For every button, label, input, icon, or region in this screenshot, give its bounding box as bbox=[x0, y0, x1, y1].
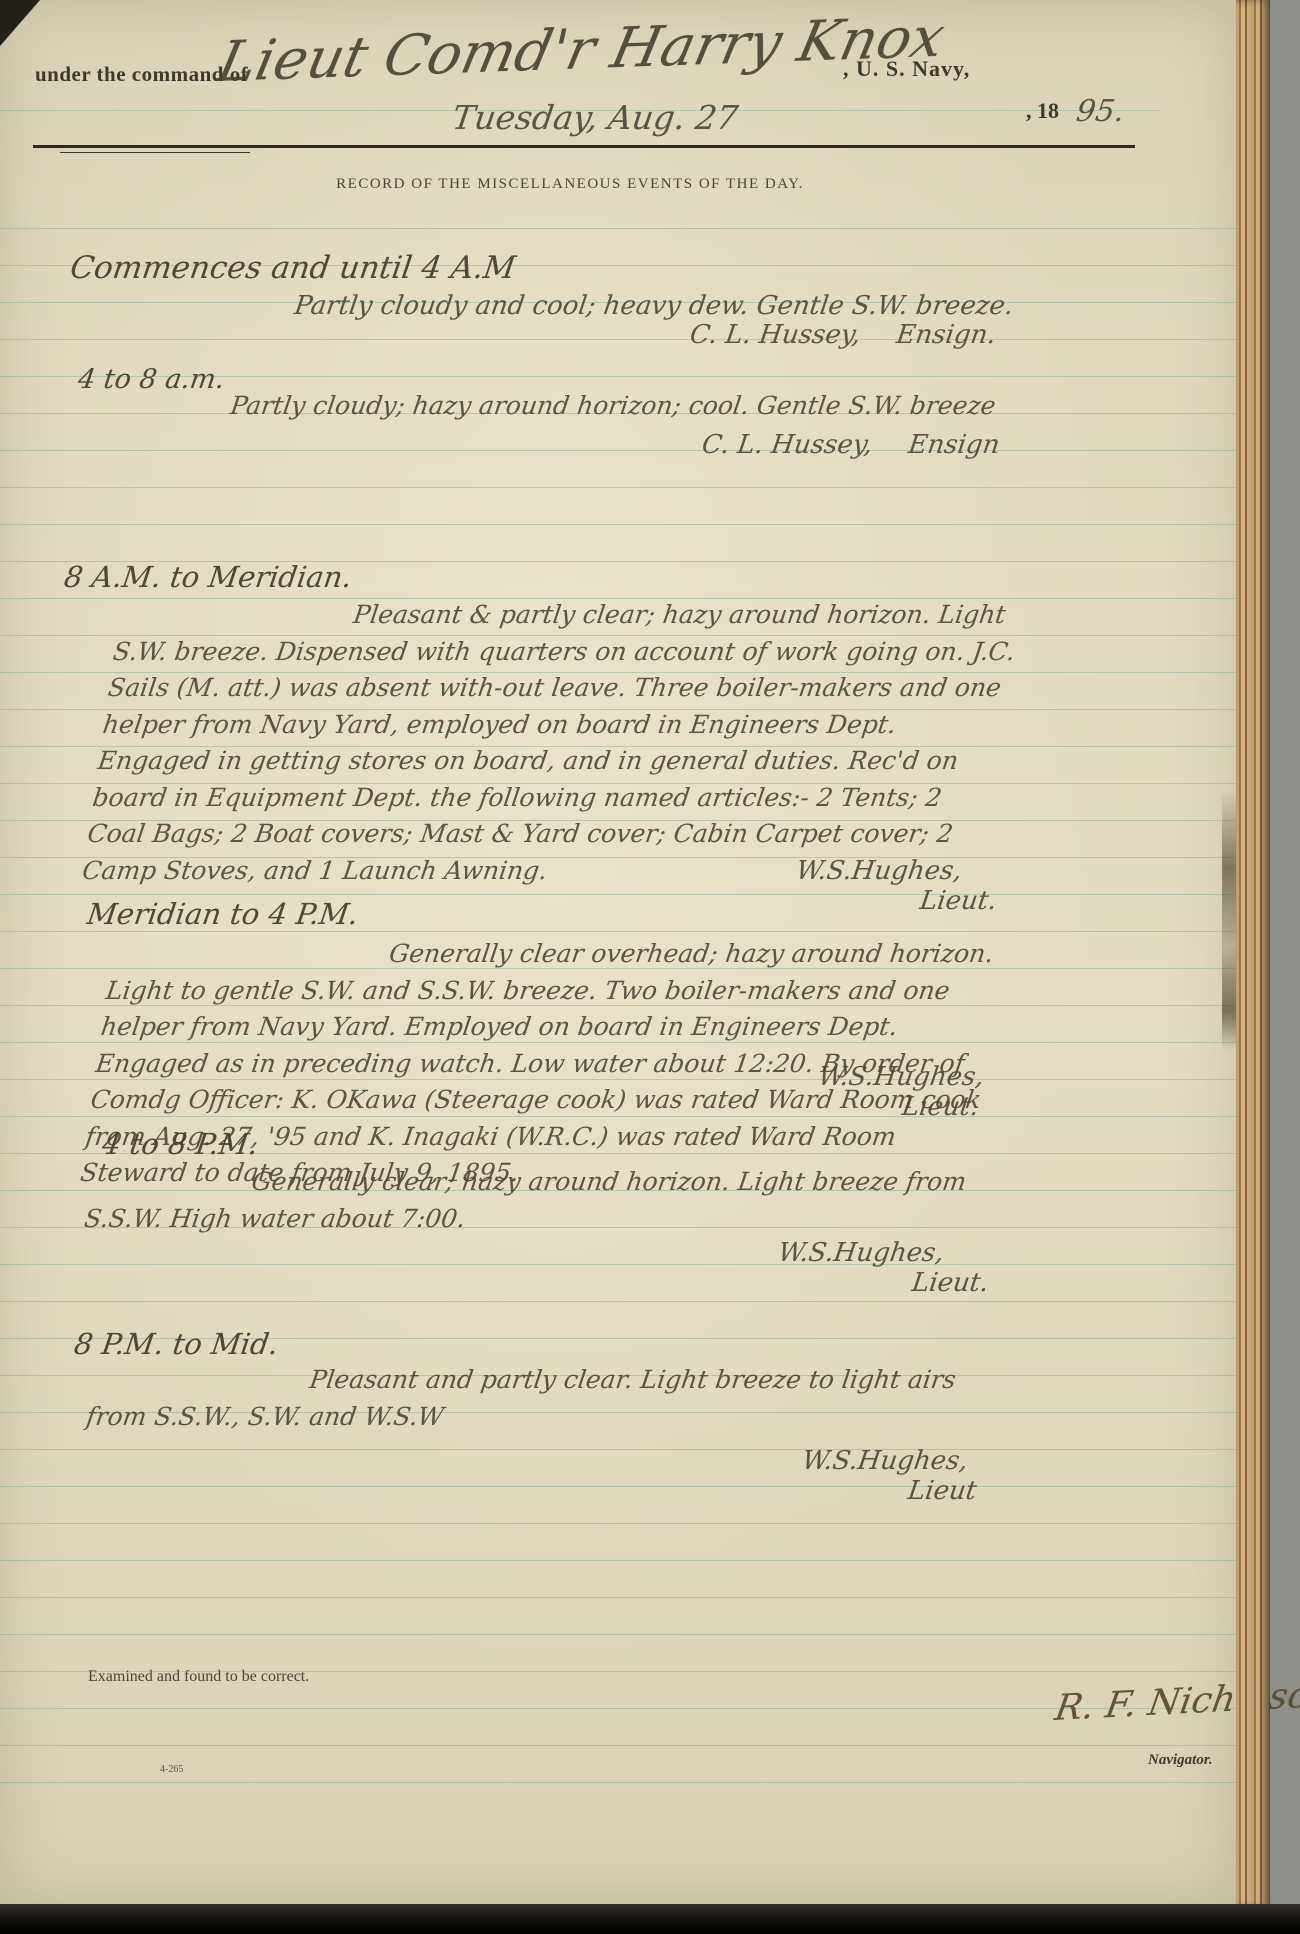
watch-officer-signature: W.S.Hughes, Lieut bbox=[796, 1446, 983, 1506]
scan-bottom-band bbox=[0, 1904, 1300, 1934]
signature-name: W.S.Hughes, bbox=[794, 856, 964, 886]
header-divider-thin bbox=[60, 152, 250, 153]
header-divider bbox=[33, 145, 1135, 148]
form-number: 4-265 bbox=[160, 1764, 183, 1775]
date-handwritten: Tuesday, Aug. 27 bbox=[450, 98, 740, 137]
entry-body: Generally clear; hazy around horizon. Li… bbox=[82, 1164, 992, 1237]
entry-heading: 4 to 8 P.M. bbox=[100, 1127, 260, 1161]
signature-rank: Lieut bbox=[906, 1476, 978, 1506]
signature-rank: Ensign. bbox=[895, 320, 998, 350]
signature-rank: Ensign bbox=[907, 430, 1002, 460]
logbook-page: under the command of Lieut Comd'r Harry … bbox=[0, 0, 1236, 1908]
signature-name: W.S.Hughes, bbox=[800, 1446, 970, 1476]
examined-statement: Examined and found to be correct. bbox=[88, 1668, 309, 1686]
watch-officer-signature: W.S.Hughes, Lieut. bbox=[772, 1238, 995, 1298]
year-prefix-label: , 18 bbox=[1026, 98, 1059, 124]
watch-officer-signature: W.S.Hughes, Lieut. bbox=[790, 856, 1003, 916]
entry-body: Partly cloudy; hazy around horizon; cool… bbox=[228, 388, 998, 425]
entry-heading: Commences and until 4 A.M bbox=[68, 250, 518, 286]
entry-body: Pleasant & partly clear; hazy around hor… bbox=[80, 597, 1033, 889]
entry-heading: 8 A.M. to Meridian. bbox=[62, 560, 354, 594]
signature-rank: Lieut. bbox=[918, 886, 999, 916]
signature-name: W.S.Hughes, bbox=[776, 1238, 946, 1268]
signature-name: C. L. Hussey, bbox=[700, 430, 875, 460]
watch-officer-signature: C. L. Hussey, Ensign bbox=[700, 430, 1002, 460]
corner-shadow bbox=[0, 0, 40, 46]
entry-heading: 4 to 8 a.m. bbox=[76, 364, 226, 395]
commander-name-handwritten: Lieut Comd'r Harry Knox bbox=[212, 5, 950, 95]
entry-heading: 8 P.M. to Mid. bbox=[72, 1327, 281, 1361]
signature-name: C. L. Hussey, bbox=[688, 320, 863, 350]
signature-name: W.S.Hughes, bbox=[816, 1062, 986, 1092]
page-title: RECORD OF THE MISCELLANEOUS EVENTS OF TH… bbox=[0, 176, 1140, 193]
logbook-scan: under the command of Lieut Comd'r Harry … bbox=[0, 0, 1300, 1934]
us-navy-label: , U. S. Navy, bbox=[843, 56, 970, 82]
book-page-edges bbox=[1236, 0, 1270, 1908]
entry-heading: Meridian to 4 P.M. bbox=[85, 897, 361, 931]
signature-rank: Lieut. bbox=[900, 1092, 982, 1122]
navigator-title: Navigator. bbox=[1148, 1752, 1213, 1769]
year-handwritten: 95. bbox=[1074, 94, 1127, 129]
watch-officer-signature: C. L. Hussey, Ensign. bbox=[688, 320, 998, 350]
signature-rank: Lieut. bbox=[910, 1268, 991, 1298]
entry-body: Pleasant and partly clear. Light breeze … bbox=[84, 1362, 994, 1435]
edge-smudge bbox=[1222, 790, 1236, 1050]
watch-officer-signature: W.S.Hughes, Lieut. bbox=[812, 1062, 986, 1122]
